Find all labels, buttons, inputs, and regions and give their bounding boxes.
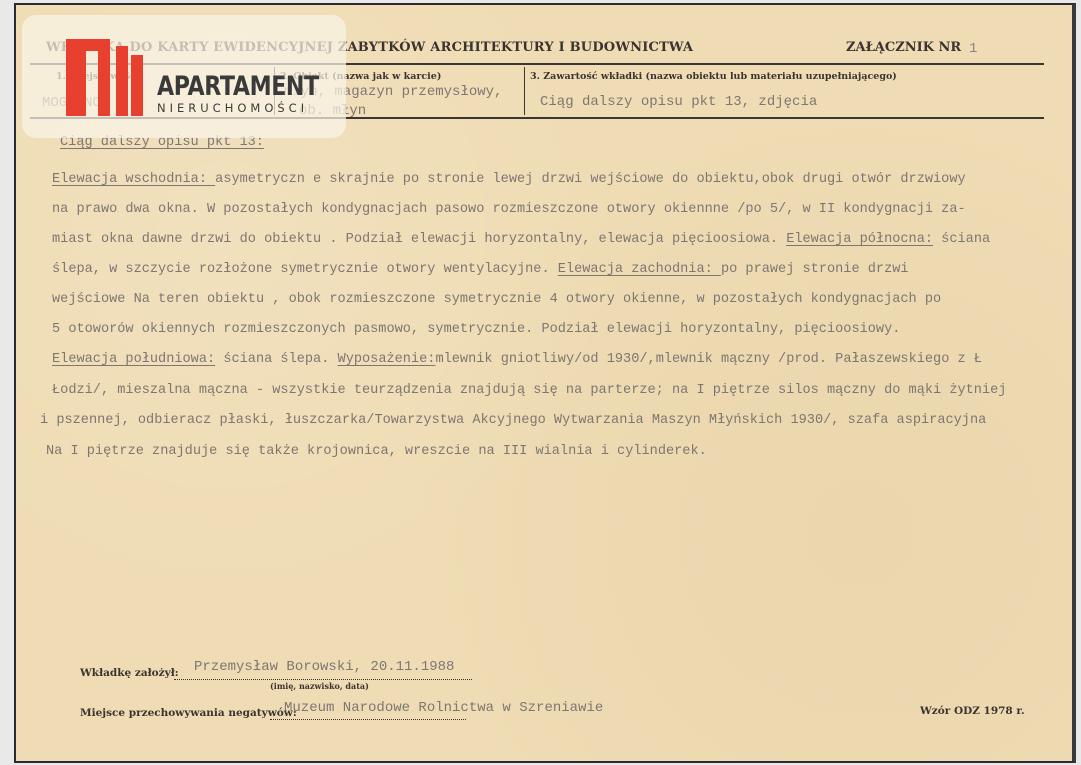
section-north-elevation: Elewacja północna: <box>786 232 933 247</box>
contents-value: Ciąg dalszy opisu pkt 13, zdjęcia <box>540 94 817 110</box>
section-east-elevation: Elewacja wschodnia: <box>52 172 215 187</box>
body-line-6: 5 otoworów okiennych rozmieszczonych pas… <box>52 322 900 337</box>
created-by-label: Wkładkę założył: <box>80 667 179 679</box>
created-by-hint: (imię, nazwisko, data) <box>270 681 369 691</box>
section-equipment: Wyposażenie: <box>338 352 436 367</box>
negatives-location-label: Miejsce przechowywania negatywów: <box>80 707 297 719</box>
body-line-9: i pszennej, odbieracz płaski, łuszczarka… <box>40 413 986 428</box>
body-line-3: miast okna dawne drzwi do obiektu . Podz… <box>52 232 990 247</box>
body-line-5: wejściowe Na teren obiektu , obok rozmie… <box>52 292 941 307</box>
form-template-id: Wzór ODZ 1978 r. <box>920 705 1025 717</box>
watermark-brand: APARTAMENT <box>157 71 319 102</box>
watermark-subtitle: NIERUCHOMOŚCI <box>157 101 308 115</box>
field-divider-2 <box>524 67 525 115</box>
section-west-elevation: Elewacja zachodnia: <box>558 262 721 277</box>
created-by-dotted-line <box>174 675 472 680</box>
body-line-4: ślepa, w szczycie rozłożone symetrycznie… <box>52 262 909 277</box>
body-line-10: Na I piętrze znajduje się także krojowni… <box>46 444 707 459</box>
body-line-8: Łodzi/, mieszalna mączna - wszystkie teu… <box>52 383 1006 398</box>
body-line-7: Elewacja południowa: ściana ślepa. Wypos… <box>52 352 982 367</box>
body-line-2: na prawo dwa okna. W pozostałych kondygn… <box>52 202 966 217</box>
contents-label: 3. Zawartość wkładki (nazwa obiektu lub … <box>530 71 897 82</box>
watermark-logo: APARTAMENT NIERUCHOMOŚCI <box>22 15 346 138</box>
negatives-location-value: Muzeum Narodowe Rolnictwa w Szreniawie <box>284 700 603 716</box>
section-south-elevation: Elewacja południowa: <box>52 352 215 367</box>
created-by-value: Przemysław Borowski, 20.11.1988 <box>194 659 454 675</box>
body-line-1: Elewacja wschodnia: asymetryczn e skrajn… <box>52 172 966 187</box>
annex-label: ZAŁĄCZNIK NR <box>846 40 961 55</box>
annex-number: 1 <box>969 41 977 57</box>
